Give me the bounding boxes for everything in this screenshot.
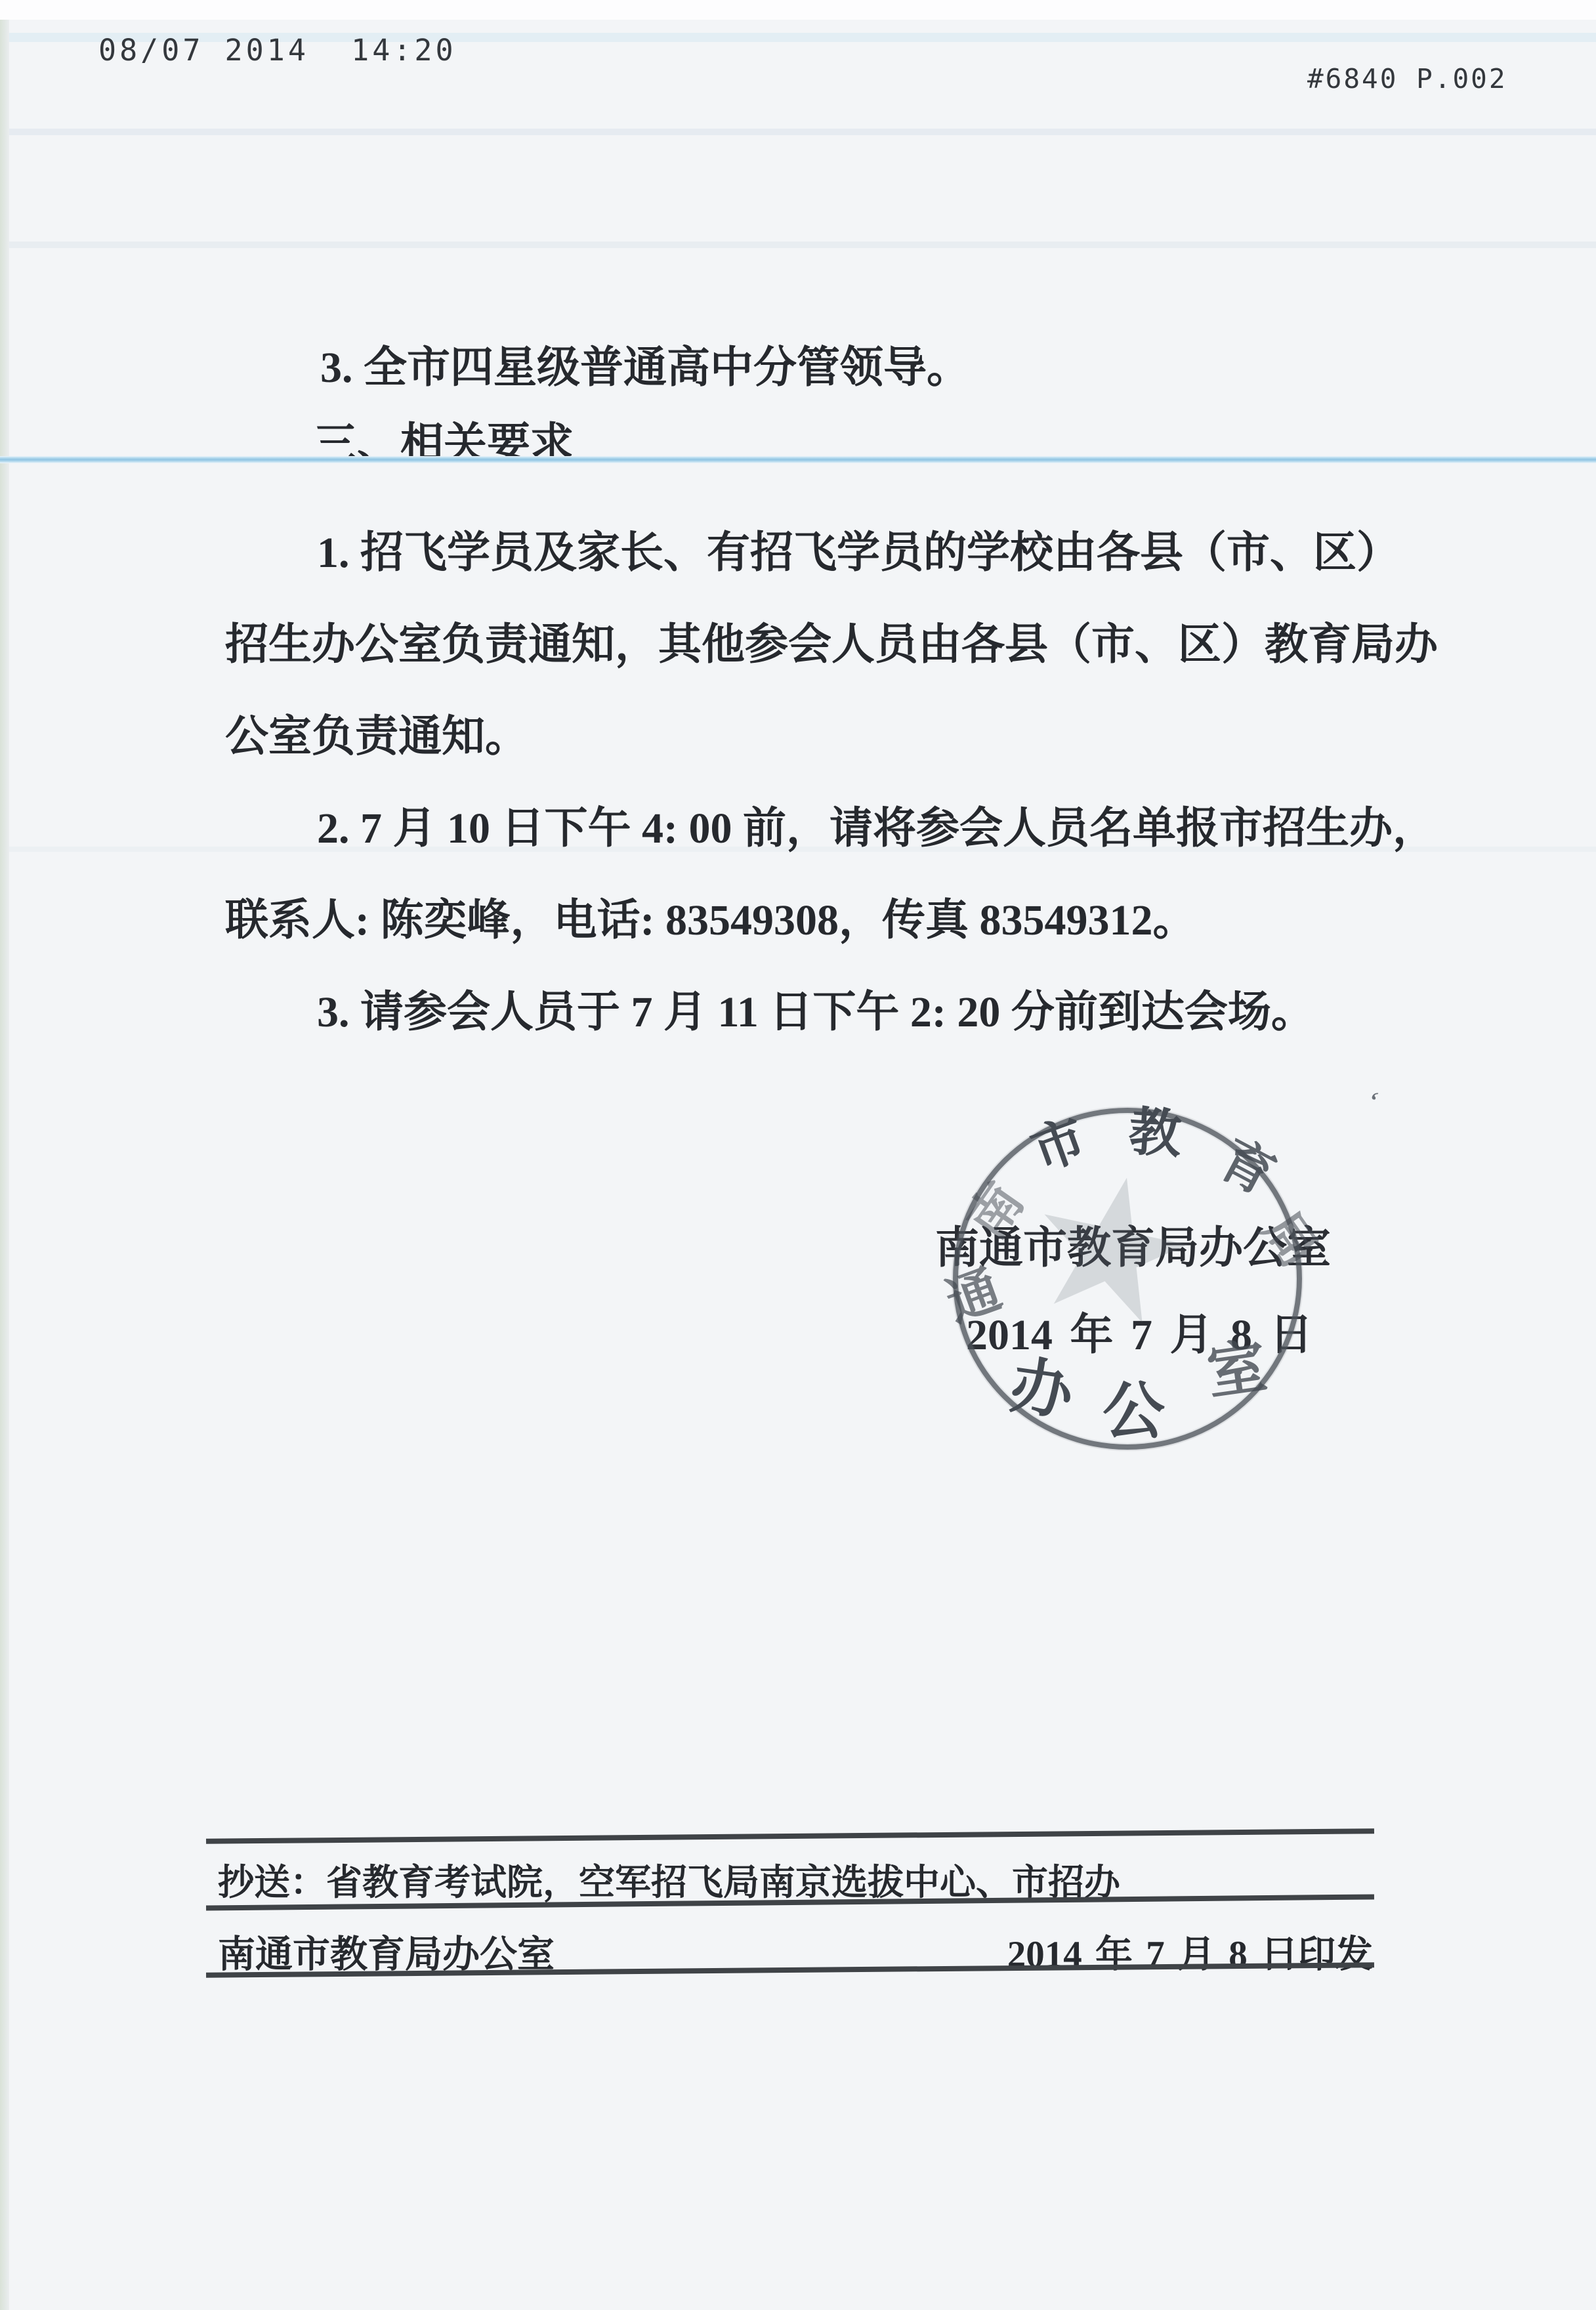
requirement-1-line-3: 公室负责通知。 <box>225 713 528 761</box>
scan-left-edge <box>0 20 9 2310</box>
fax-timestamp: 08/07 2014 14:20 <box>98 33 457 68</box>
scan-streak <box>0 129 1596 135</box>
requirement-1-line-1: 1. 招飞学员及家长、有招飞学员的学校由各县（市、区） <box>317 529 1400 577</box>
requirement-1-line-2: 招生办公室负责通知，其他参会人员由各县（市、区）教育局办 <box>225 621 1438 669</box>
seal-bottom-char: 室 <box>1204 1337 1270 1404</box>
body-line-item3: 3. 全市四星级普通高中分管领导。 <box>320 344 970 392</box>
seal-arc-char: 教 <box>1127 1106 1183 1162</box>
footer-cc-line: 抄送：省教育考试院，空军招飞局南京选拔中心、市招办 <box>218 1853 1120 1905</box>
scan-speck: ‘ <box>1362 1083 1383 1120</box>
scan-top-band <box>0 0 1596 20</box>
official-seal: ★ 南 通 市 教 育 局 办 公 室 ‘ <box>953 1108 1291 1439</box>
scan-blue-line-artifact <box>0 456 1596 463</box>
scanned-fax-document: 08/07 2014 14:20 #6840 P.002 3. 全市四星级普通高… <box>0 0 1596 2310</box>
fax-page-number: #6840 P.002 <box>1307 63 1507 94</box>
requirement-2-line-1: 2. 7 月 10 日下午 4: 00 前，请将参会人员名单报市招生办， <box>317 805 1436 853</box>
requirement-2-line-2: 联系人: 陈奕峰，电话: 83549308，传真 83549312。 <box>225 896 1196 945</box>
requirement-3: 3. 请参会人员于 7 月 11 日下午 2: 20 分前到达会场。 <box>317 988 1314 1037</box>
seal-bottom-char: 公 <box>1102 1381 1165 1443</box>
footer-rule-top <box>206 1828 1374 1844</box>
seal-bottom-char: 办 <box>1007 1354 1077 1425</box>
scan-streak <box>0 241 1596 248</box>
